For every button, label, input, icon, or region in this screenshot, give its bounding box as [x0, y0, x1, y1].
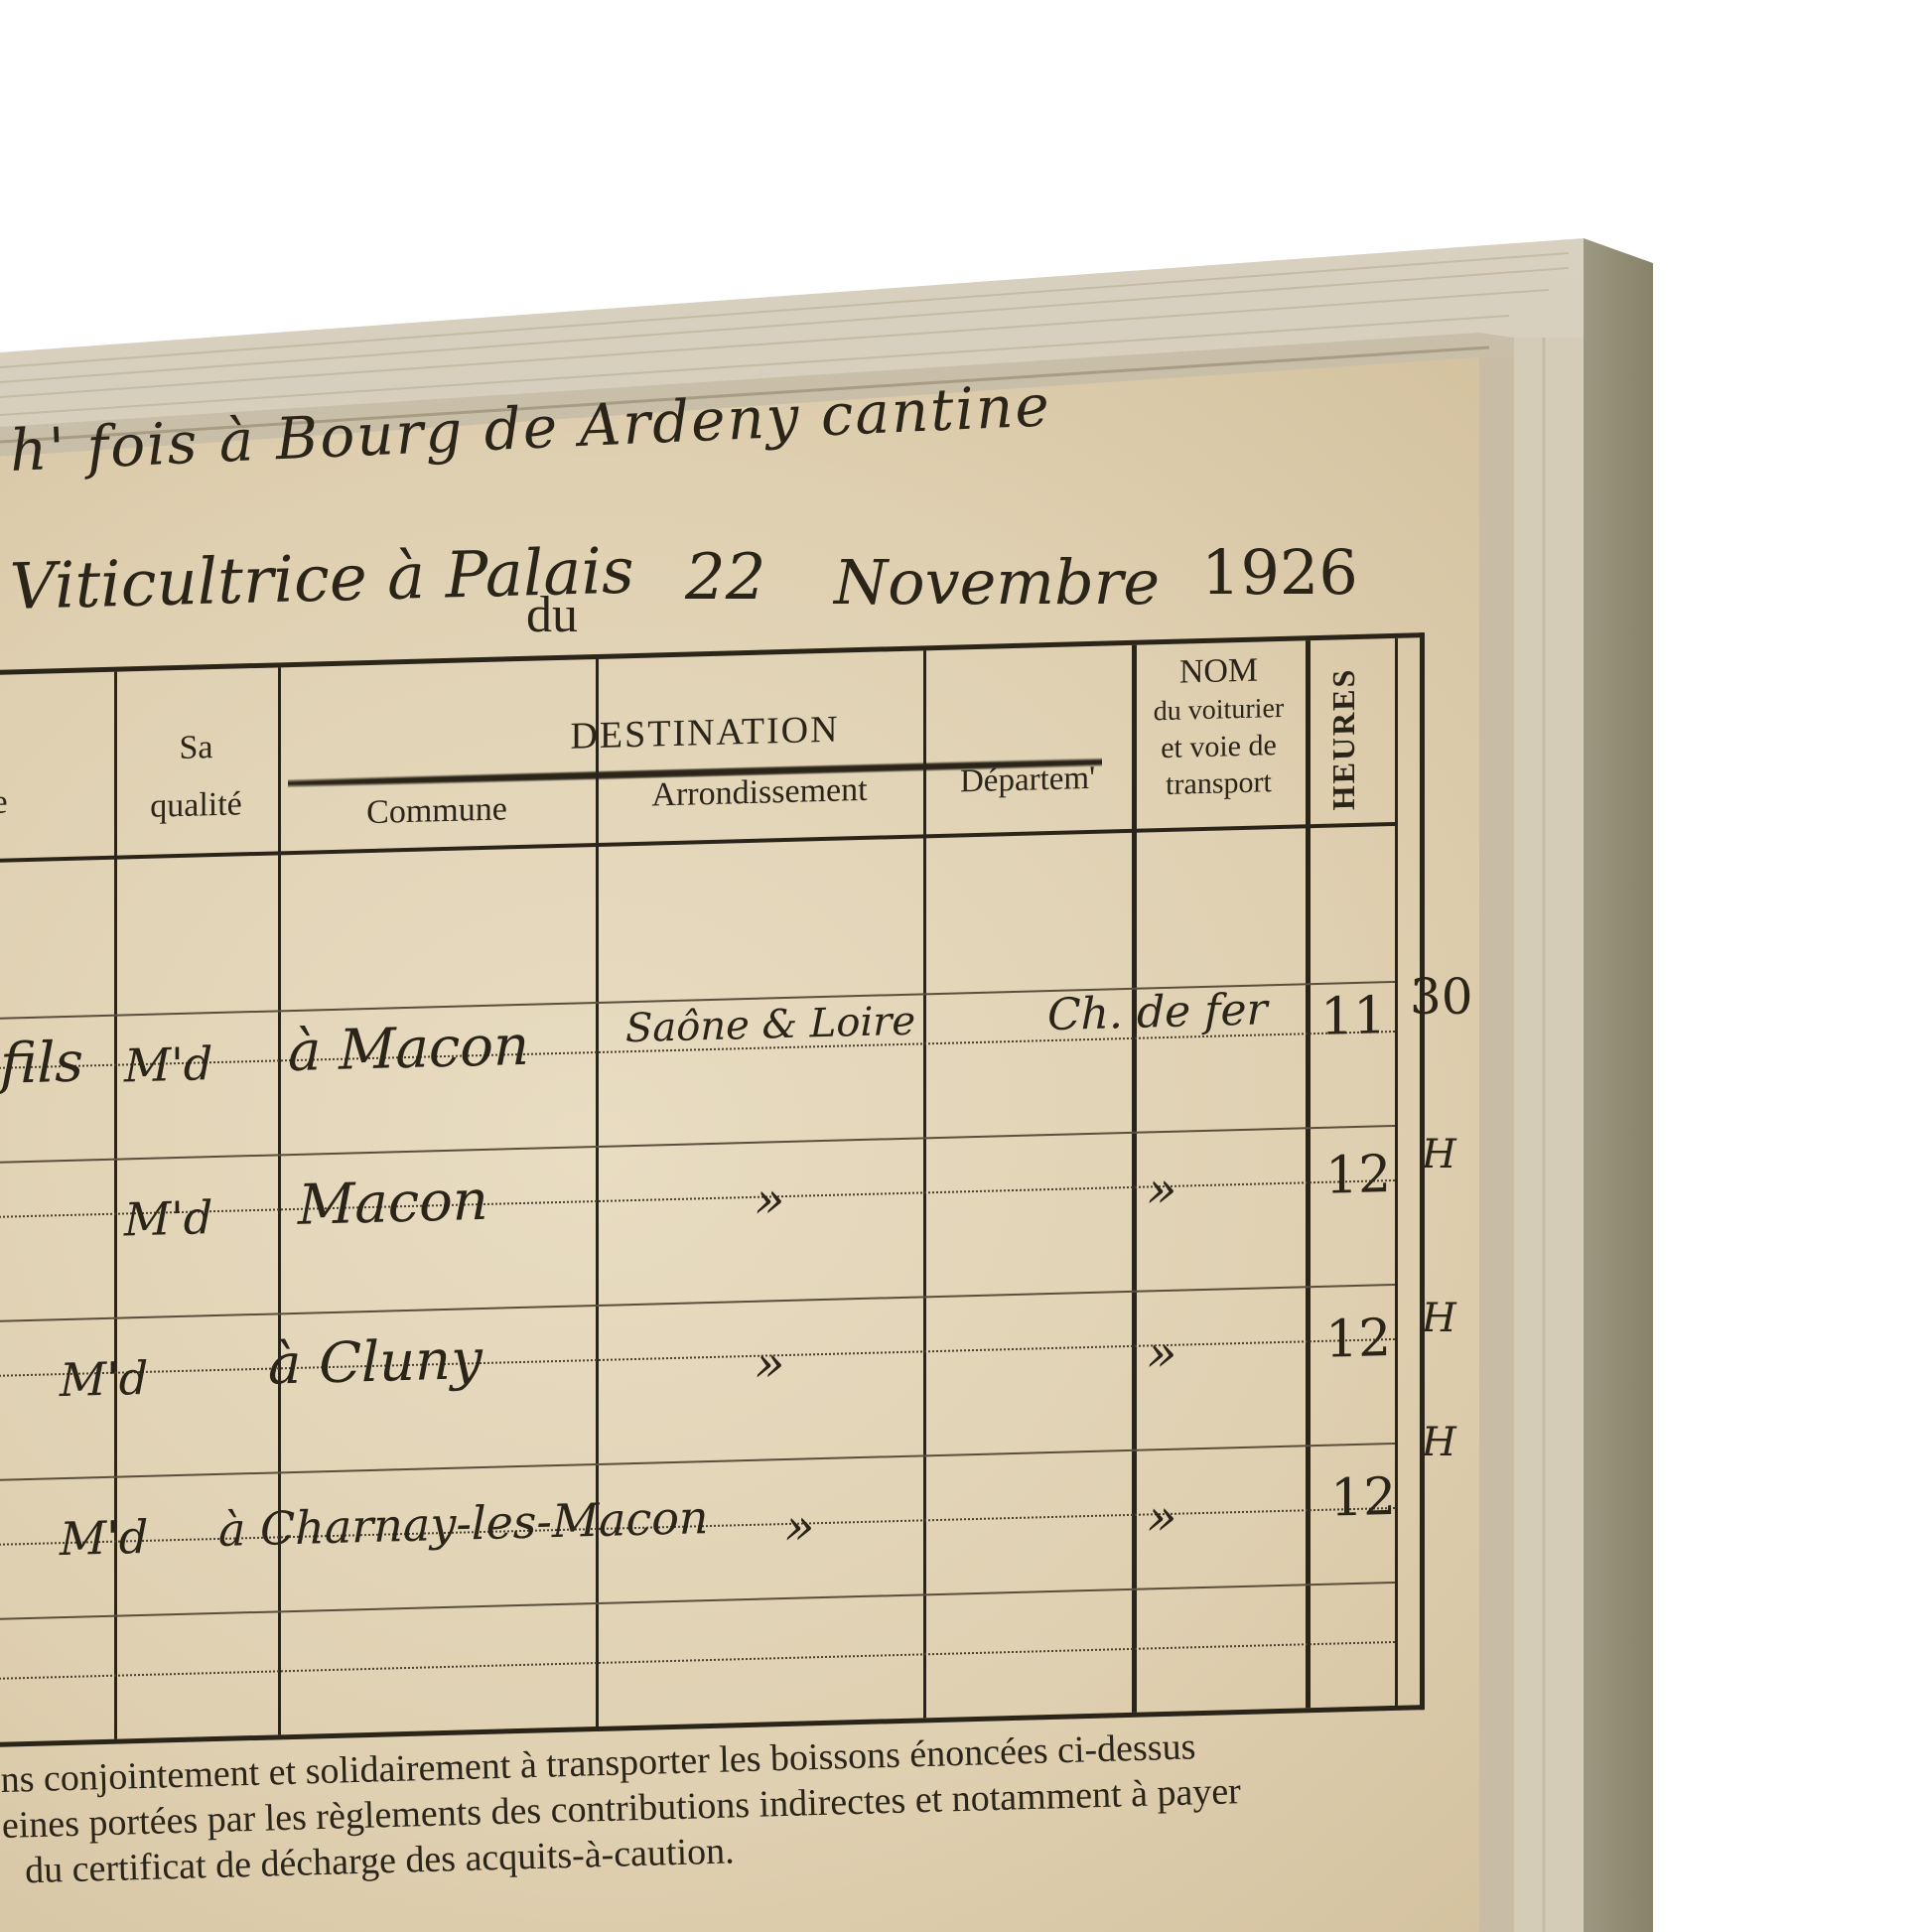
col-rule: [1132, 645, 1137, 1713]
row2-transport: »: [1147, 1161, 1177, 1219]
col-rule: [596, 659, 599, 1726]
col-header-destination: DESTINATION: [278, 700, 1132, 766]
row4-arrondissement: »: [784, 1497, 815, 1556]
row3-transport: »: [1147, 1324, 1177, 1383]
row3-heure: 12: [1325, 1309, 1391, 1370]
row1-commune: à Macon: [288, 1014, 529, 1084]
col-header-partial: e: [0, 783, 10, 822]
col-header-nom-line3: et voie de: [1132, 728, 1306, 766]
col-rule: [923, 650, 926, 1718]
row1-name: fils: [0, 1031, 83, 1097]
destination-table: e Sa qualité DESTINATION Commune Arrondi…: [0, 632, 1425, 1747]
col-header-nom: NOM: [1132, 650, 1306, 693]
col-rule: [1395, 638, 1398, 1706]
row2-commune: Macon: [298, 1169, 488, 1238]
row4-qualite: M'd: [60, 1510, 148, 1566]
row4-minutes: H: [1422, 1420, 1456, 1465]
row2-heure: 12: [1325, 1145, 1391, 1206]
row-rule: [0, 1443, 1395, 1481]
header-rule: [0, 822, 1395, 863]
col-header-commune: Commune: [278, 788, 596, 834]
col-header-heures: HEURES: [1325, 658, 1385, 819]
col-header-arrondissement: Arrondissement: [596, 769, 923, 816]
row-rule-dotted: [0, 1338, 1395, 1379]
col-rule: [1306, 640, 1311, 1708]
header-date-year: 1926: [1201, 536, 1358, 609]
row3-commune: à Cluny: [268, 1327, 483, 1398]
row1-arrondissement: Saône & Loire: [625, 999, 915, 1052]
row1-qualite: M'd: [124, 1036, 212, 1092]
col-header-nom-line4: transport: [1132, 764, 1306, 803]
col-header-qualite-line1: Sa: [114, 727, 278, 768]
col-header-departement: Départem': [923, 759, 1132, 801]
col-header-qualite-line2: qualité: [114, 784, 278, 826]
row3-arrondissement: »: [755, 1334, 785, 1393]
row3-qualite: M'd: [60, 1351, 148, 1407]
col-header-nom-line2: du voiturier: [1132, 692, 1306, 729]
row-rule-dotted: [0, 1641, 1395, 1682]
header-du-label: du: [526, 586, 578, 644]
row3-minutes: H: [1422, 1296, 1456, 1341]
row4-heure: 12: [1330, 1467, 1396, 1529]
row1-minutes: 30: [1410, 968, 1473, 1026]
row2-qualite: M'd: [124, 1190, 212, 1246]
row-rule: [0, 1125, 1395, 1164]
header-date-month: Novembre: [834, 546, 1160, 619]
row1-heure: 11: [1320, 986, 1386, 1047]
row2-minutes: H: [1422, 1132, 1456, 1177]
row4-transport: »: [1147, 1488, 1177, 1547]
row1-transport: Ch. de fer: [1047, 984, 1268, 1040]
row-rule: [0, 1284, 1395, 1322]
header-date-day: 22: [685, 541, 765, 615]
row-rule: [0, 1582, 1395, 1620]
row2-arrondissement: »: [755, 1171, 785, 1229]
row4-commune: à Charnay-les-Macon: [218, 1490, 709, 1557]
col-rule: [114, 672, 117, 1739]
